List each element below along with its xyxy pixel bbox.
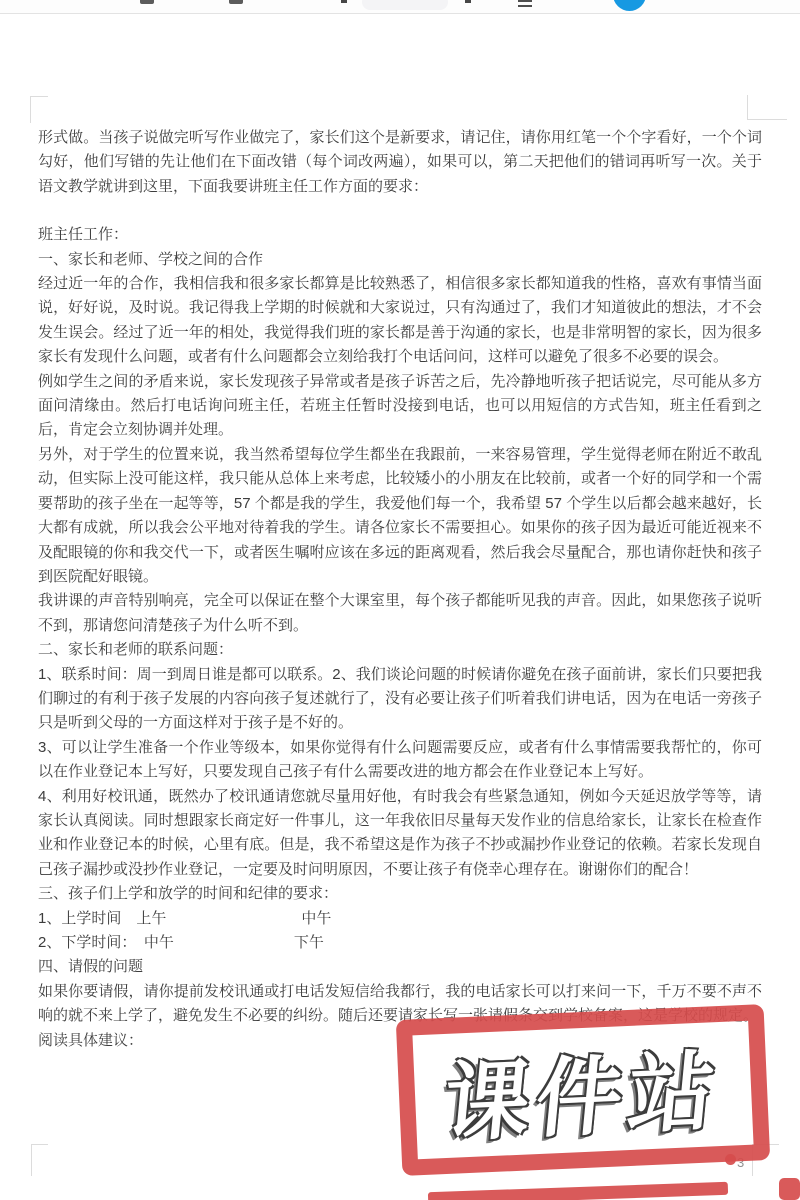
watermark-stamp-text: 课件站 (439, 1022, 727, 1159)
section-heading-1: 一、家长和老师、学校之间的合作 (38, 248, 762, 272)
section-title: 班主任工作： (38, 223, 762, 247)
paragraph: 形式做。当孩子说做完听写作业做完了，家长们这个是新要求，请记住，请你用红笔一个个… (38, 126, 762, 199)
paragraph: 1、联系时间：周一到周日谁是都可以联系。2、我们谈论问题的时候请你避免在孩子面前… (38, 663, 762, 736)
watermark-stamp: 课件站 (396, 1004, 770, 1176)
schedule-line-2: 2、下学时间： 中午 下午 (38, 931, 762, 955)
paragraph: 经过近一年的合作，我相信我和很多家长都算是比较熟悉了，相信很多家长都知道我的性格… (38, 272, 762, 370)
margin-corner-mark-top-right (747, 95, 787, 120)
toolbar-partial-icon-2[interactable] (229, 0, 243, 4)
toolbar-partial-icon-4[interactable] (465, 0, 471, 3)
paragraph: 另外，对于学生的位置来说，我当然希望每位学生都坐在我跟前，一来容易管理，学生觉得… (38, 443, 762, 589)
watermark-stamp-fragment (779, 1178, 800, 1200)
blue-circle-button[interactable] (613, 0, 646, 11)
section-heading-2: 二、家长和老师的联系问题： (38, 638, 762, 662)
toolbar-partial-icon-1[interactable] (140, 0, 154, 4)
top-toolbar (0, 0, 800, 14)
watermark-stamp-partial-bar (428, 1182, 728, 1200)
section-heading-3: 三、孩子们上学和放学的时间和纪律的要求： (38, 882, 762, 906)
schedule-line-1: 1、上学时间 上午 中午 (38, 907, 762, 931)
toolbar-page-input[interactable] (362, 0, 448, 10)
list-lines-icon[interactable] (518, 0, 532, 8)
list-line (518, 5, 532, 7)
blank-line (38, 199, 762, 223)
margin-corner-mark-top-left (30, 96, 48, 123)
section-heading-4: 四、请假的问题 (38, 955, 762, 979)
margin-corner-mark-bottom-left (31, 1144, 48, 1176)
paragraph: 例如学生之间的矛盾来说，家长发现孩子异常或者是孩子诉苦之后，先冷静地听孩子把话说… (38, 370, 762, 443)
paragraph: 3、可以让学生准备一个作业等级本，如果你觉得有什么问题需要反应，或者有什么事情需… (38, 736, 762, 785)
toolbar-partial-icon-3[interactable] (341, 0, 347, 3)
watermark-stamp-fragment (725, 1154, 736, 1165)
paragraph: 我讲课的声音特别响亮，完全可以保证在整个大课室里，每个孩子都能听见我的声音。因此… (38, 589, 762, 638)
list-line (518, 0, 532, 2)
document-page: 形式做。当孩子说做完听写作业做完了，家长们这个是新要求，请记住，请你用红笔一个个… (38, 126, 762, 1053)
paragraph: 4、利用好校讯通，既然办了校讯通请您就尽量用好他，有时我会有些紧急通知，例如今天… (38, 785, 762, 883)
